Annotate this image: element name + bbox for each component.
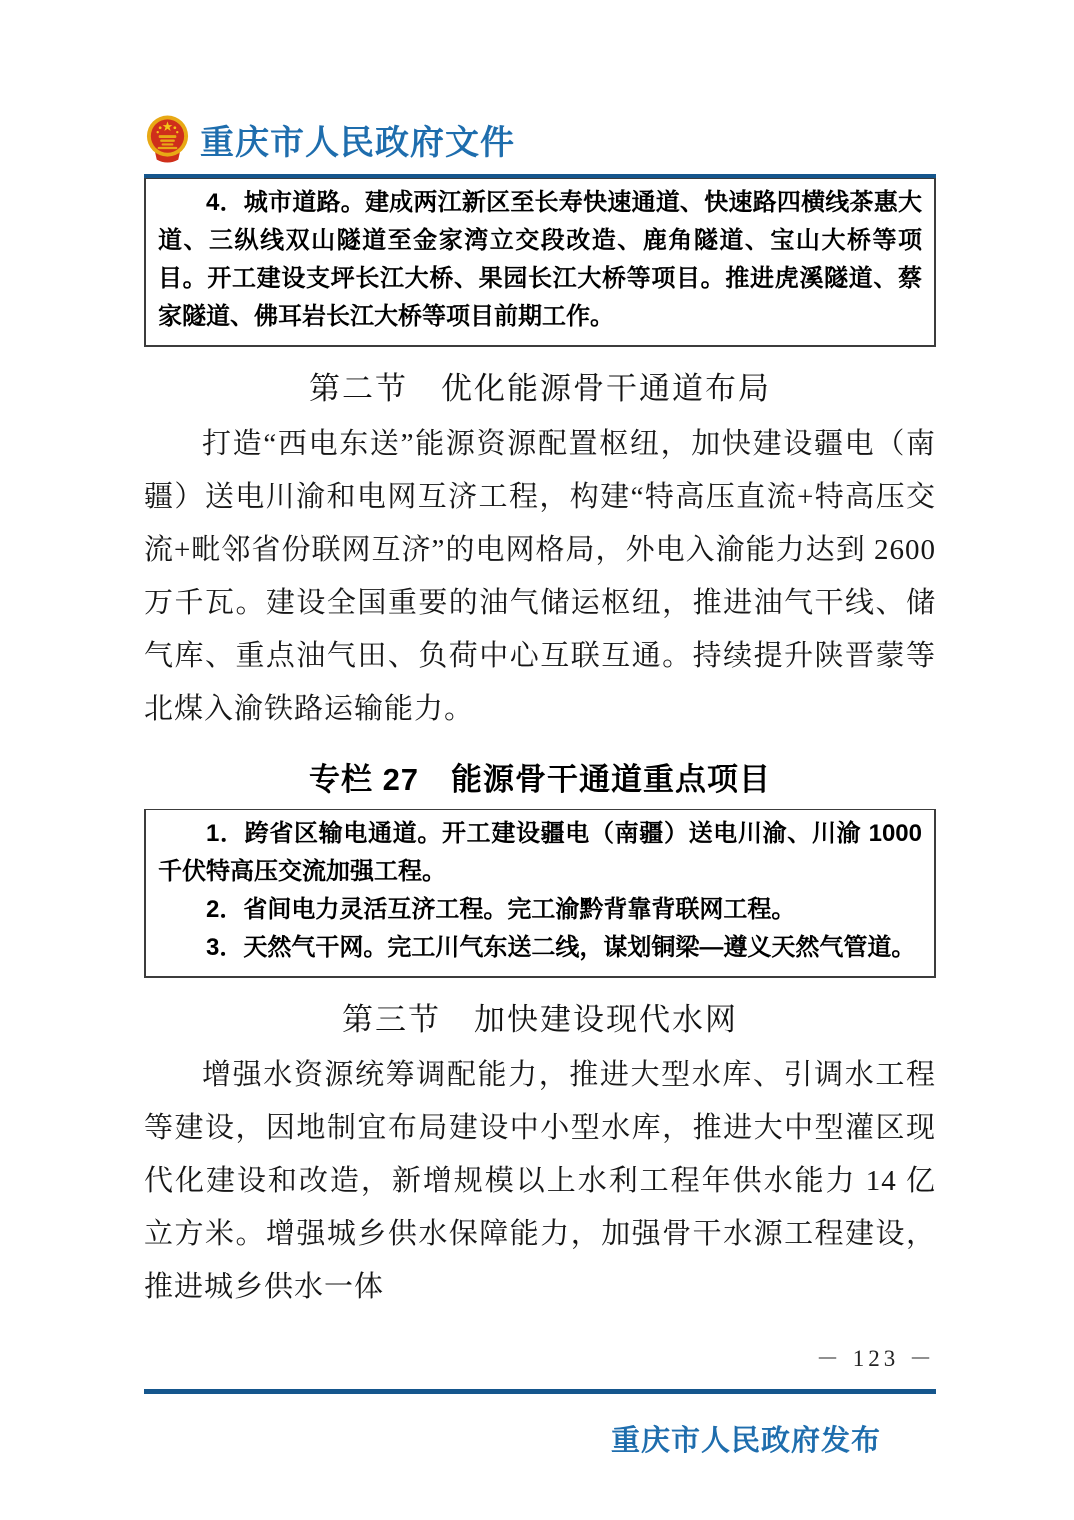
project-box-energy-channels: 1．跨省区输电通道。开工建设疆电（南疆）送电川渝、川渝 1000 千伏特高压交流… <box>144 809 936 978</box>
city-roads-text: 4．城市道路。建成两江新区至长寿快速通道、快速路四横线茶惠大道、三纵线双山隧道至… <box>158 184 922 336</box>
section-3-heading: 第三节 加快建设现代水网 <box>144 994 936 1039</box>
section-3-paragraph: 增强水资源统筹调配能力，推进大型水库、引调水工程等建设，因地制宜布局建设中小型水… <box>144 1049 936 1314</box>
section-2-heading: 第二节 优化能源骨干通道布局 <box>144 363 936 408</box>
project-box-city-roads: 4．城市道路。建成两江新区至长寿快速通道、快速路四横线茶惠大道、三纵线双山隧道至… <box>144 178 936 347</box>
section-2-paragraph: 打造“西电东送”能源资源配置枢纽，加快建设疆电（南疆）送电川渝和电网互济工程，构… <box>144 418 936 736</box>
footer-publisher: 重庆市人民政府发布 <box>144 1418 936 1459</box>
footer-divider-line <box>144 1389 936 1394</box>
energy-item-3: 3．天然气干网。完工川气东送二线，谋划铜梁—遵义天然气管道。 <box>158 929 922 967</box>
document-page: 重庆市人民政府文件 4．城市道路。建成两江新区至长寿快速通道、快速路四横线茶惠大… <box>0 0 1074 1520</box>
energy-item-1: 1．跨省区输电通道。开工建设疆电（南疆）送电川渝、川渝 1000 千伏特高压交流… <box>158 815 922 891</box>
document-content: 重庆市人民政府文件 4．城市道路。建成两江新区至长寿快速通道、快速路四横线茶惠大… <box>144 0 936 1459</box>
document-title: 重庆市人民政府文件 <box>200 115 515 164</box>
page-number: － 123 － <box>144 1340 936 1373</box>
document-header: 重庆市人民政府文件 <box>144 0 936 166</box>
column-27-heading: 专栏 27 能源骨干通道重点项目 <box>144 754 936 799</box>
national-emblem-icon <box>144 114 191 164</box>
energy-item-2: 2．省间电力灵活互济工程。完工渝黔背靠背联网工程。 <box>158 891 922 929</box>
